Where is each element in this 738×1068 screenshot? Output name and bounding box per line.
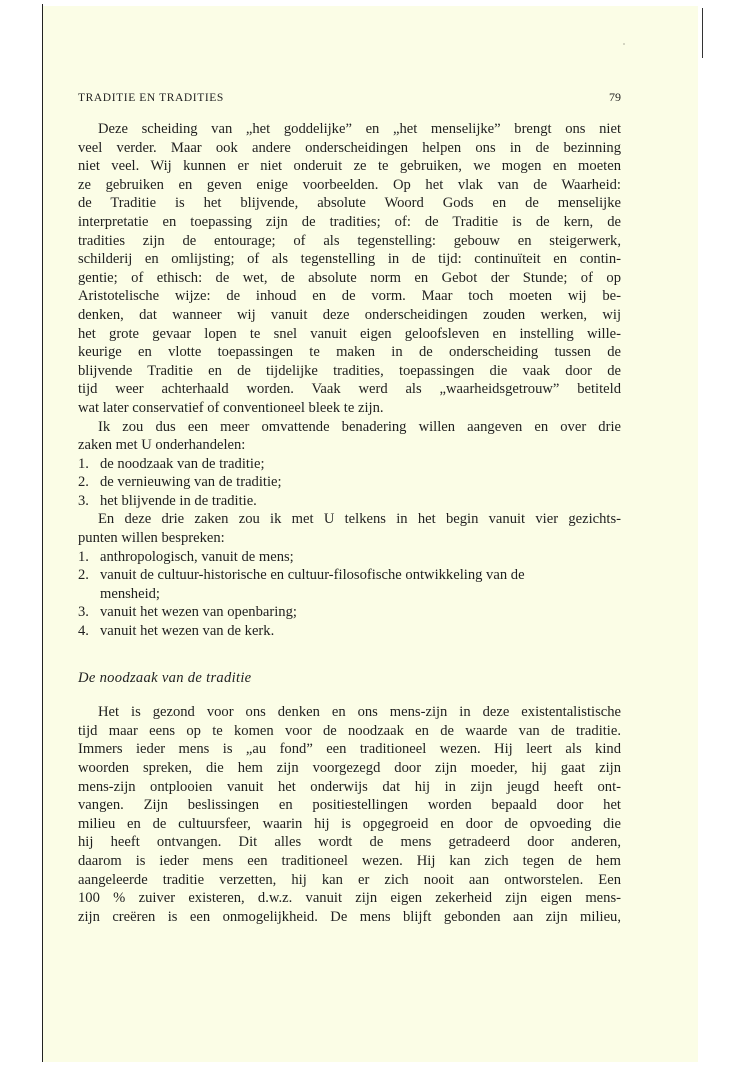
section-paragraph: Het is gezond voor ons denken en ons men… <box>78 703 621 926</box>
list-number: 2. <box>78 473 100 492</box>
text-line: vangen. Zijn beslissingen en positiestel… <box>78 796 621 815</box>
paragraph-3: En deze drie zaken zou ik met U telkens … <box>78 510 621 547</box>
topics-list: 1. de noodzaak van de traditie; 2. de ve… <box>78 455 621 511</box>
text-line: 100 % zuiver existeren, d.w.z. vanuit zi… <box>78 889 621 908</box>
text-line: ze gebruiken en geven enige voorbeelden.… <box>78 176 621 195</box>
running-title: TRADITIE EN TRADITIES <box>78 89 224 108</box>
page-content: TRADITIE EN TRADITIES 79 Deze scheiding … <box>78 88 621 926</box>
text-line: punten willen bespreken: <box>78 529 621 548</box>
text-line: gentie; of ethisch: de wet, de absolute … <box>78 269 621 288</box>
list-number: 3. <box>78 492 100 511</box>
list-text: vanuit de cultuur-historische en cultuur… <box>100 566 525 585</box>
list-number: 2. <box>78 566 100 585</box>
text-line: Immers ieder mens is „au fond” een tradi… <box>78 740 621 759</box>
list-text: vanuit het wezen van de kerk. <box>100 622 274 641</box>
text-line: blijvende Traditie en de tijdelijke trad… <box>78 362 621 381</box>
text-line: denken, dat wanneer wij vanuit deze onde… <box>78 306 621 325</box>
text-line: woorden spreken, die hem zijn voorgezegd… <box>78 759 621 778</box>
text-line: zijn creëren is een onmogelijkheid. De m… <box>78 908 621 927</box>
list-item: 4. vanuit het wezen van de kerk. <box>78 622 621 641</box>
list-number: 1. <box>78 548 100 567</box>
list-item: 2. de vernieuwing van de traditie; <box>78 473 621 492</box>
text-line: tradities zijn de entourage; of als tege… <box>78 232 621 251</box>
page-edge-right <box>702 8 703 58</box>
list-number: 4. <box>78 622 100 641</box>
list-text: het blijvende in de traditie. <box>100 492 257 511</box>
text-line: daarom is ieder mens een traditioneel we… <box>78 852 621 871</box>
running-head: TRADITIE EN TRADITIES 79 <box>78 88 621 106</box>
paragraph-1: Deze scheiding van „het goddelijke” en „… <box>78 120 621 418</box>
list-text: de vernieuwing van de traditie; <box>100 473 282 492</box>
text-line: Aristotelische wijze: de inhoud en de vo… <box>78 287 621 306</box>
list-item: 1. de noodzaak van de traditie; <box>78 455 621 474</box>
text-line: aangeleerde traditie verzetten, hij kan … <box>78 871 621 890</box>
list-text-continuation: mensheid; <box>78 585 621 604</box>
text-line: de Traditie is het blijvende, absolute W… <box>78 194 621 213</box>
text-line: tijd weer achterhaald worden. Vaak werd … <box>78 380 621 399</box>
text-line: Het is gezond voor ons denken en ons men… <box>78 703 621 722</box>
text-line: keurige en vlotte toepassingen te maken … <box>78 343 621 362</box>
text-line: het grote gevaar lopen te snel vanuit ei… <box>78 325 621 344</box>
paragraph-2: Ik zou dus een meer omvattende benaderin… <box>78 418 621 455</box>
text-line: Ik zou dus een meer omvattende benaderin… <box>78 418 621 437</box>
text-line: Deze scheiding van „het goddelijke” en „… <box>78 120 621 139</box>
text-line: wat later conservatief of conventioneel … <box>78 399 621 418</box>
text-line: mens-zijn ontplooien vanuit het onderwij… <box>78 778 621 797</box>
list-text: anthropologisch, vanuit de mens; <box>100 548 294 567</box>
list-item: 3. het blijvende in de traditie. <box>78 492 621 511</box>
section-heading: De noodzaak van de traditie <box>78 669 621 688</box>
text-line: zaken met U onderhandelen: <box>78 436 621 455</box>
text-line: hij heeft ontvangen. Dit alles wordt de … <box>78 833 621 852</box>
list-item: 2. vanuit de cultuur-historische en cult… <box>78 566 621 585</box>
page-number: 79 <box>609 88 621 107</box>
text-line: milieu en de cultuursfeer, waarin hij is… <box>78 815 621 834</box>
text-line: interpretatie en toepassing zijn de trad… <box>78 213 621 232</box>
text-line: schilderij en omlijsting; of als tegenst… <box>78 250 621 269</box>
text-line: niet veel. Wij kunnen er niet onderuit z… <box>78 157 621 176</box>
text-line: tijd maar eens op te komen voor de noodz… <box>78 722 621 741</box>
list-text: de noodzaak van de traditie; <box>100 455 265 474</box>
scan-speck <box>623 43 625 45</box>
list-item: 3. vanuit het wezen van openbaring; <box>78 603 621 622</box>
text-line: En deze drie zaken zou ik met U telkens … <box>78 510 621 529</box>
viewpoints-list: 1. anthropologisch, vanuit de mens; 2. v… <box>78 548 621 641</box>
list-text: vanuit het wezen van openbaring; <box>100 603 297 622</box>
text-line: veel verder. Maar ook andere onderscheid… <box>78 139 621 158</box>
list-number: 1. <box>78 455 100 474</box>
list-number: 3. <box>78 603 100 622</box>
list-item: 1. anthropologisch, vanuit de mens; <box>78 548 621 567</box>
